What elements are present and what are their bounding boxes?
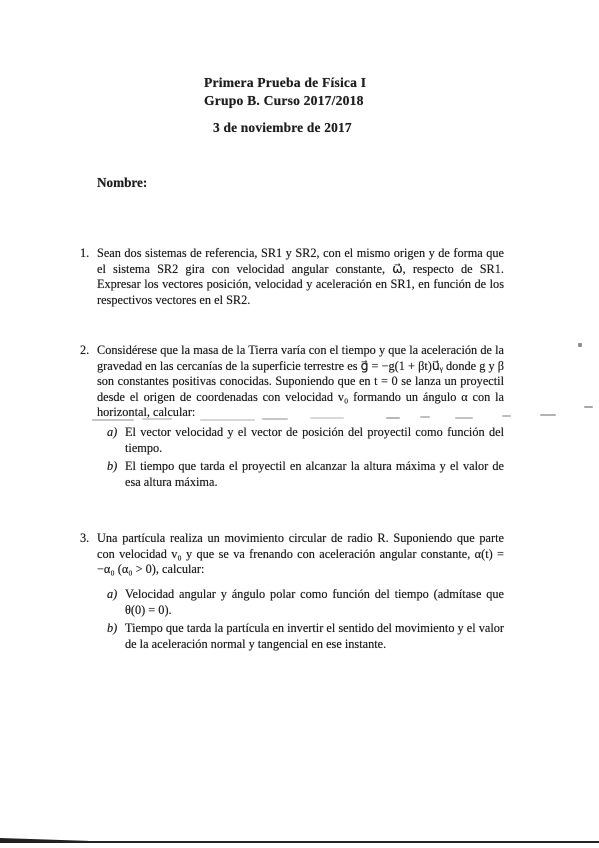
problem-1-text: Sean dos sistemas de referencia, SR1 y S…	[97, 246, 504, 308]
problem-3-number: 3.	[80, 531, 89, 547]
problem-2-item-b: b) El tiempo que tarda el proyectil en a…	[107, 459, 504, 490]
scan-edge-segment	[518, 841, 599, 843]
scan-edge-segment	[0, 838, 88, 843]
problem-1: 1. Sean dos sistemas de referencia, SR1 …	[80, 246, 504, 308]
problem-2-item-a-label: a)	[107, 425, 117, 441]
scan-edge-segment	[230, 841, 308, 843]
scan-smudge	[310, 417, 344, 419]
name-label: Nombre:	[97, 175, 147, 191]
scan-smudge	[262, 418, 288, 420]
scan-smudge	[142, 418, 172, 420]
problem-3-item-a-label: a)	[107, 587, 117, 603]
exam-group-course: Grupo B. Curso 2017/2018	[204, 92, 366, 110]
problem-2-text: Considérese que la masa de la Tierra var…	[97, 343, 504, 421]
exam-title-block: Primera Prueba de Física I Grupo B. Curs…	[204, 74, 366, 109]
scan-smudge	[578, 343, 582, 347]
exam-date: 3 de noviembre de 2017	[213, 120, 352, 136]
scan-edge-segment	[85, 841, 233, 843]
scan-edge-line	[0, 838, 599, 846]
exam-page: Primera Prueba de Física I Grupo B. Curs…	[0, 0, 599, 848]
scan-smudge	[420, 416, 430, 418]
scan-smudge	[386, 417, 400, 419]
scan-smudge	[200, 419, 255, 421]
problem-3-item-b-text: Tiempo que tarda la partícula en inverti…	[125, 621, 504, 652]
scan-edge-segment	[428, 841, 520, 843]
problem-2-number: 2.	[80, 343, 89, 359]
problem-2-item-a: a) El vector velocidad y el vector de po…	[107, 425, 504, 456]
scan-smudge	[502, 415, 511, 417]
problem-2-item-a-text: El vector velocidad y el vector de posic…	[125, 425, 504, 456]
problem-2-item-b-text: El tiempo que tarda el proyectil en alca…	[125, 459, 504, 490]
problem-3-item-b-label: b)	[107, 621, 117, 637]
problem-3-item-a-text: Velocidad angular y ángulo polar como fu…	[125, 587, 504, 618]
problem-3-item-b: b) Tiempo que tarda la partícula en inve…	[107, 621, 504, 652]
problem-3: 3. Una partícula realiza un movimiento c…	[80, 531, 504, 578]
scan-smudge	[455, 417, 473, 419]
problem-3-text: Una partícula realiza un movimiento circ…	[97, 531, 504, 578]
scan-smudge	[540, 414, 556, 416]
problem-2-item-b-label: b)	[107, 459, 117, 475]
scan-smudge	[92, 419, 134, 421]
scan-smudge	[584, 406, 593, 408]
problem-2: 2. Considérese que la masa de la Tierra …	[80, 343, 504, 421]
problem-3-item-a: a) Velocidad angular y ángulo polar como…	[107, 587, 504, 618]
problem-1-number: 1.	[80, 246, 89, 262]
scan-edge-segment	[305, 841, 430, 843]
exam-title: Primera Prueba de Física I	[204, 74, 366, 92]
